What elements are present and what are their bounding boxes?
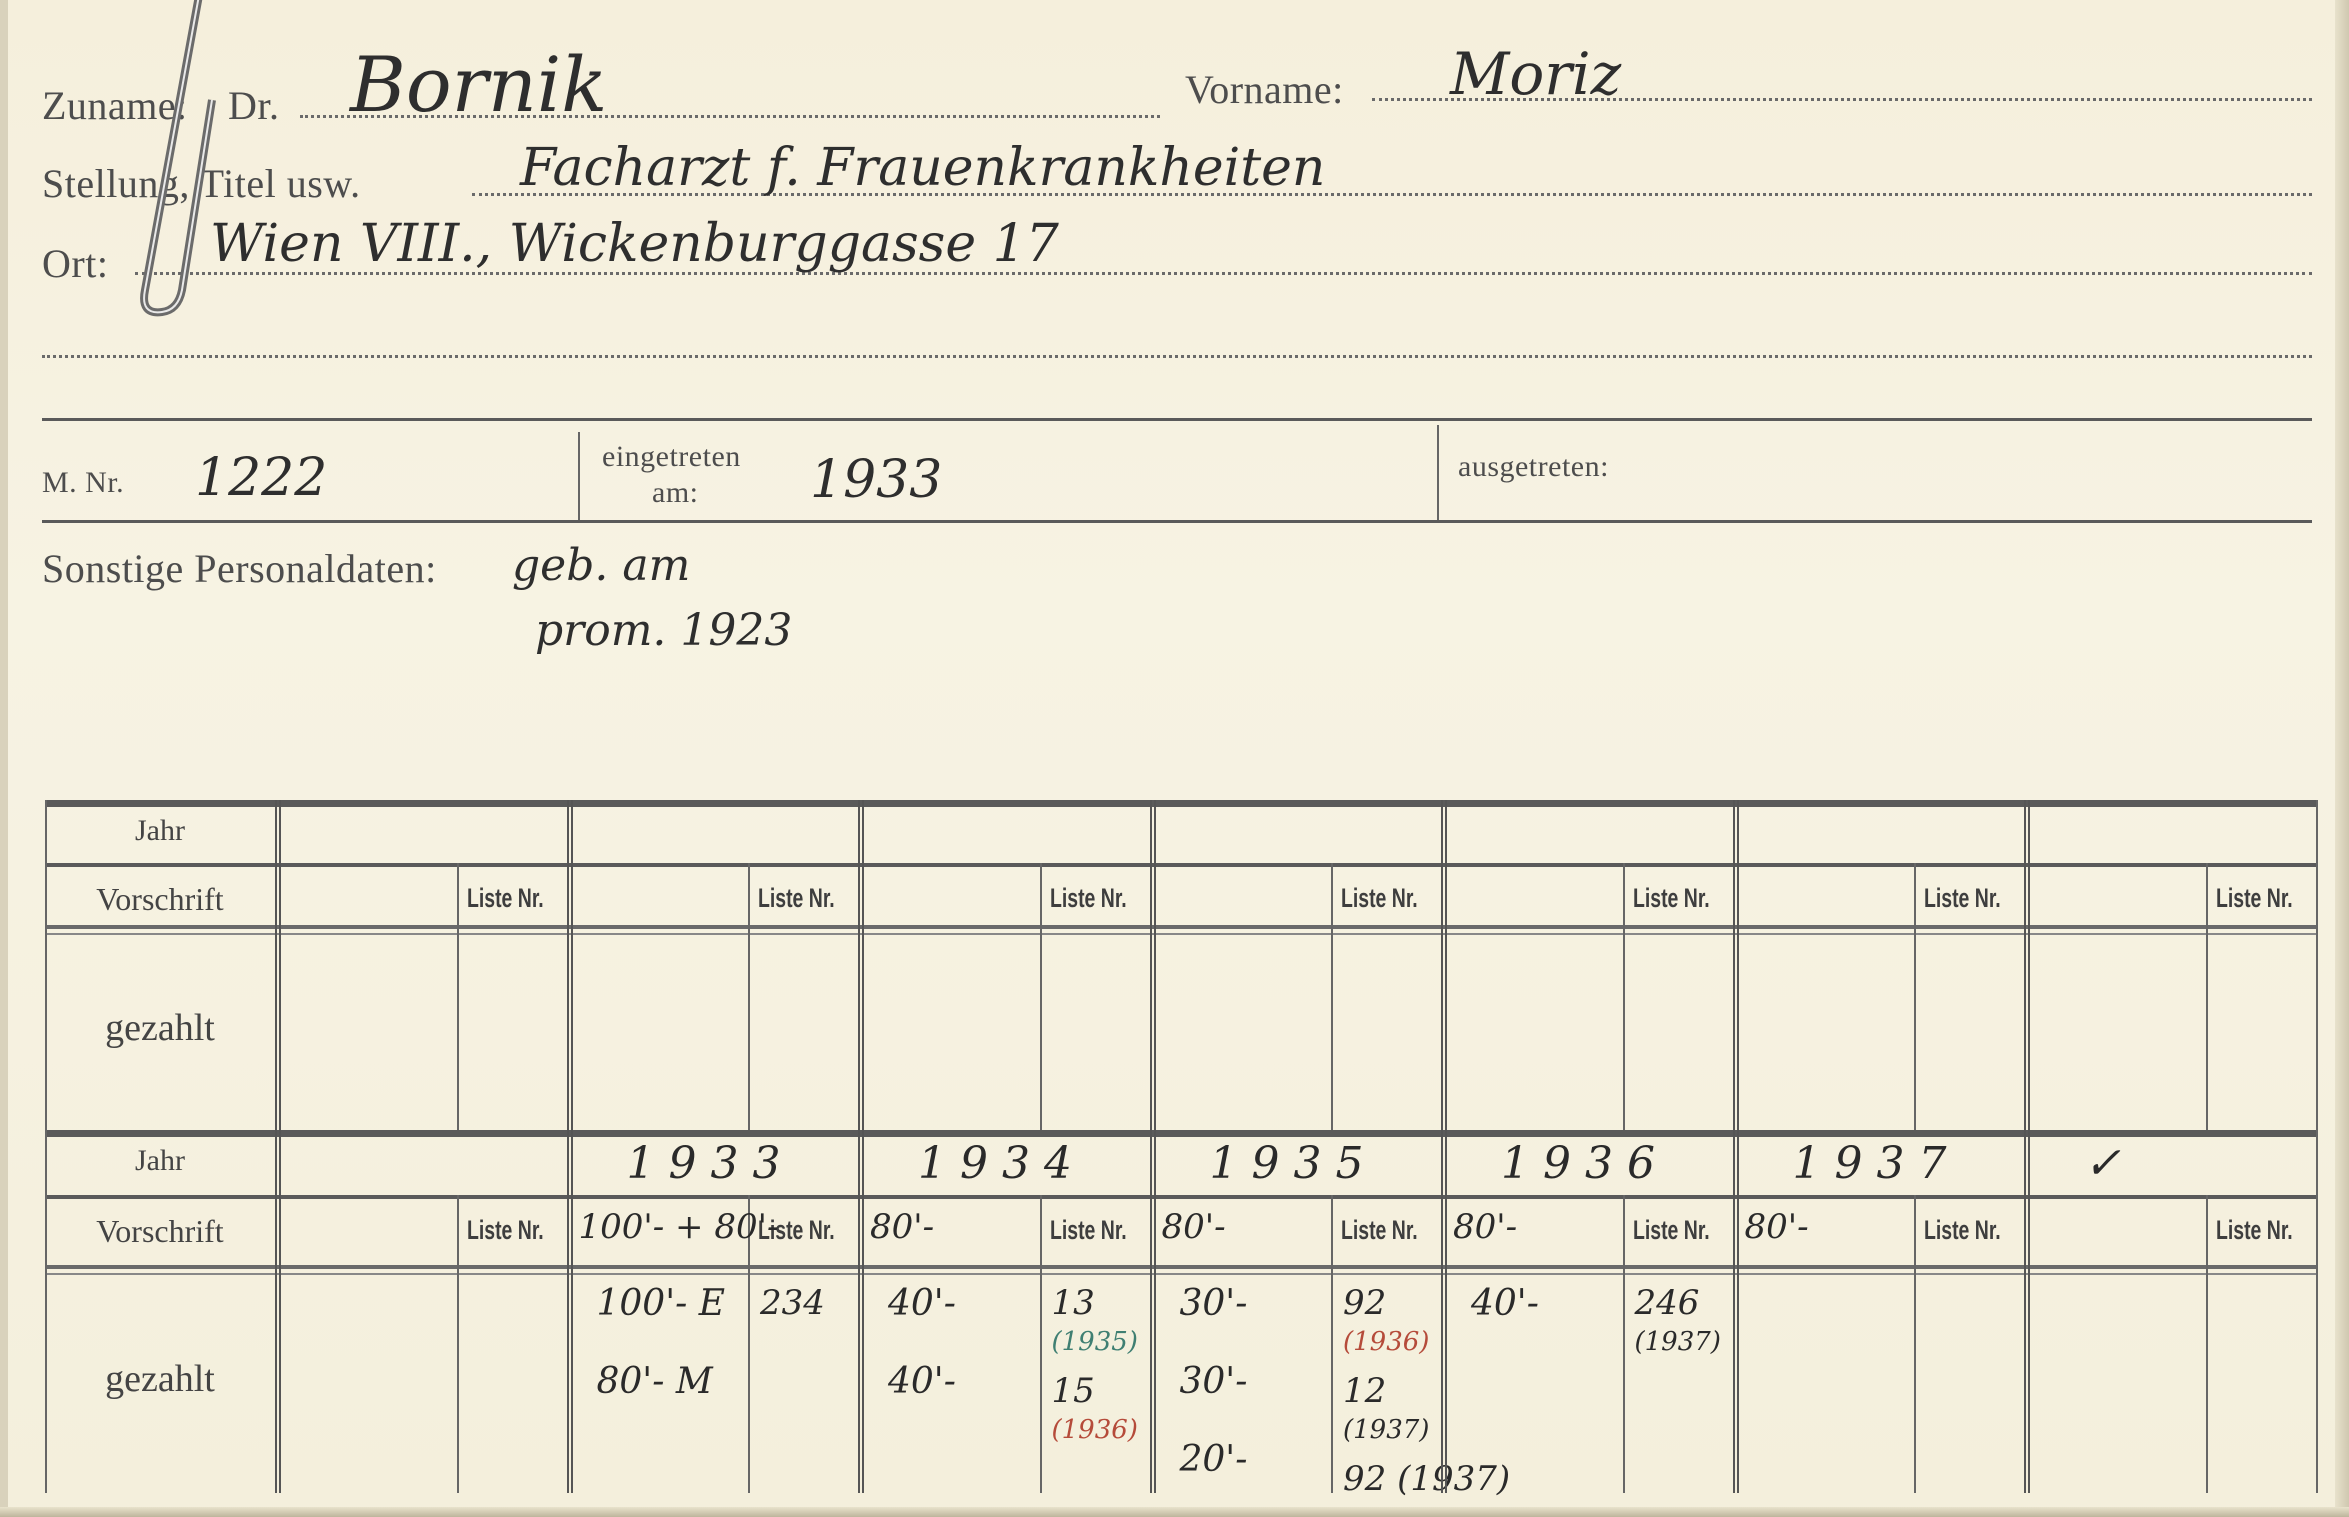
divider-2: [1437, 425, 1439, 520]
lower-paid-value: 40'-: [888, 1283, 956, 1324]
lower-regulation-value: 80'-: [1453, 1207, 1517, 1247]
lower-paid-value: 80'- M: [597, 1361, 713, 1402]
lower-list-no-value: (1936): [1343, 1327, 1429, 1357]
lower-col-divider: [2024, 1130, 2030, 1493]
lower-paid-value: 30'-: [1180, 1361, 1248, 1402]
card-right-edge: [2335, 0, 2349, 1517]
lower-list-no-value: 234: [760, 1283, 825, 1323]
upper-list-divider: [2206, 863, 2208, 1130]
lower-regulation-value: 80'-: [870, 1207, 934, 1247]
rule-top: [42, 418, 2312, 421]
left-label: ausgetreten:: [1458, 450, 1609, 484]
upper-col-divider: [2024, 800, 2030, 1130]
upper-col-divider: [1733, 800, 1739, 1130]
lower-col-divider: [1441, 1130, 1447, 1493]
lower-list-divider: [457, 1195, 459, 1493]
lower-year-value: 1935: [1210, 1138, 1378, 1189]
lower-list-divider: [1914, 1195, 1916, 1493]
card-left-edge: [0, 0, 8, 1517]
lower-regulation-value: 100'- + 80'-: [579, 1207, 779, 1247]
lower-year-value: 1934: [918, 1138, 1086, 1189]
lower-paid-value: 30'-: [1180, 1283, 1248, 1324]
position-value: Facharzt f. Frauenkrankheiten: [520, 138, 1325, 198]
upper-list-no-label: Liste Nr.: [1050, 883, 1127, 914]
joined-label-am: am:: [652, 476, 699, 510]
upper-list-divider: [748, 863, 750, 1130]
upper-list-no-label: Liste Nr.: [1341, 883, 1418, 914]
lower-list-no-value: 246: [1635, 1283, 1700, 1323]
member-no-value: 1222: [195, 448, 327, 508]
upper-rule-top: [45, 800, 2316, 807]
firstname-label: Vorname:: [1185, 66, 1344, 113]
divider-1: [578, 432, 580, 520]
surname-value: Bornik: [350, 40, 607, 129]
lower-list-no-value: (1937): [1343, 1415, 1429, 1445]
lower-list-no-value: (1936): [1052, 1415, 1138, 1445]
lower-rule-year: [45, 1195, 2316, 1199]
upper-list-no-label: Liste Nr.: [1924, 883, 2001, 914]
lower-list-divider: [1623, 1195, 1625, 1493]
lower-col-divider: [1150, 1130, 1156, 1493]
lower-list-no-value: 92: [1343, 1283, 1386, 1323]
lower-col-divider: [1733, 1130, 1739, 1493]
upper-border-right: [2316, 800, 2318, 1130]
other-data-line-1: geb. am: [512, 540, 690, 591]
upper-list-divider: [1331, 863, 1333, 1130]
joined-value: 1933: [810, 450, 942, 510]
lower-rule-reg: [45, 1265, 2316, 1269]
lower-list-no-value: 92 (1937): [1343, 1459, 1510, 1499]
lower-paid-value: 40'-: [1471, 1283, 1539, 1324]
lower-list-divider: [2206, 1195, 2208, 1493]
firstname-value: Moriz: [1450, 40, 1621, 108]
member-no-label: M. Nr.: [42, 466, 124, 500]
lower-list-no-label: Liste Nr.: [1050, 1215, 1127, 1246]
upper-border-left: [45, 800, 47, 1130]
place-value: Wien VIII., Wickenburggasse 17: [210, 214, 1059, 274]
lower-regulation-value: 80'-: [1162, 1207, 1226, 1247]
upper-col-divider: [858, 800, 864, 1130]
upper-list-divider: [457, 863, 459, 1130]
lower-list-no-label: Liste Nr.: [2216, 1215, 2293, 1246]
lower-list-no-value: 15: [1052, 1371, 1095, 1411]
upper-rule-year: [45, 863, 2316, 867]
rule-bottom: [42, 520, 2312, 523]
upper-paid-label: gezahlt: [45, 1006, 275, 1050]
upper-list-divider: [1623, 863, 1625, 1130]
lower-list-no-label: Liste Nr.: [1341, 1215, 1418, 1246]
upper-label-divider: [275, 800, 281, 1130]
lower-year-value: 1933: [627, 1138, 795, 1189]
lower-year-value: ✓: [2084, 1138, 2135, 1189]
upper-list-divider: [1040, 863, 1042, 1130]
upper-year-label: Jahr: [45, 814, 275, 848]
member-index-card: Zuname: Dr. Bornik Vorname: Moriz Stellu…: [0, 0, 2349, 1517]
lower-rule-top: [45, 1130, 2316, 1137]
lower-paid-value: 100'- E: [597, 1283, 726, 1324]
lower-paid-value: 40'-: [888, 1361, 956, 1402]
lower-border-right: [2316, 1130, 2318, 1493]
lower-year-value: 1937: [1793, 1138, 1961, 1189]
other-data-line-2: prom. 1923: [535, 605, 792, 656]
upper-regulation-label: Vorschrift: [45, 881, 275, 918]
upper-list-no-label: Liste Nr.: [758, 883, 835, 914]
place-label: Ort:: [42, 240, 108, 287]
lower-label-divider: [275, 1130, 281, 1493]
upper-list-no-label: Liste Nr.: [2216, 883, 2293, 914]
lower-paid-value: 20'-: [1180, 1439, 1248, 1480]
lower-list-no-label: Liste Nr.: [1633, 1215, 1710, 1246]
lower-list-no-value: 13: [1052, 1283, 1095, 1323]
upper-col-divider: [1441, 800, 1447, 1130]
lower-year-value: 1936: [1501, 1138, 1669, 1189]
lower-list-no-label: Liste Nr.: [467, 1215, 544, 1246]
upper-list-no-label: Liste Nr.: [1633, 883, 1710, 914]
lower-list-divider: [1331, 1195, 1333, 1493]
extra-line: [42, 355, 2312, 358]
lower-rule-reg-2: [45, 1273, 2316, 1275]
paperclip-icon: [100, 0, 220, 330]
lower-list-no-value: (1935): [1052, 1327, 1138, 1357]
card-bottom-edge: [0, 1507, 2349, 1517]
upper-col-divider: [1150, 800, 1156, 1130]
lower-regulation-label: Vorschrift: [45, 1213, 275, 1250]
other-data-label: Sonstige Personaldaten:: [42, 545, 437, 592]
joined-label: eingetreten: [602, 440, 741, 474]
lower-list-no-label: Liste Nr.: [1924, 1215, 2001, 1246]
upper-list-no-label: Liste Nr.: [467, 883, 544, 914]
lower-regulation-value: 80'-: [1745, 1207, 1809, 1247]
surname-prefix: Dr.: [228, 82, 280, 129]
lower-list-divider: [1040, 1195, 1042, 1493]
lower-col-divider: [858, 1130, 864, 1493]
lower-border-left: [45, 1130, 47, 1493]
lower-list-no-value: (1937): [1635, 1327, 1721, 1357]
upper-col-divider: [567, 800, 573, 1130]
lower-paid-label: gezahlt: [45, 1357, 275, 1401]
upper-rule-reg: [45, 925, 2316, 929]
upper-list-divider: [1914, 863, 1916, 1130]
lower-col-divider: [567, 1130, 573, 1493]
upper-rule-reg-2: [45, 933, 2316, 935]
lower-year-label: Jahr: [45, 1144, 275, 1178]
lower-list-no-value: 12: [1343, 1371, 1386, 1411]
